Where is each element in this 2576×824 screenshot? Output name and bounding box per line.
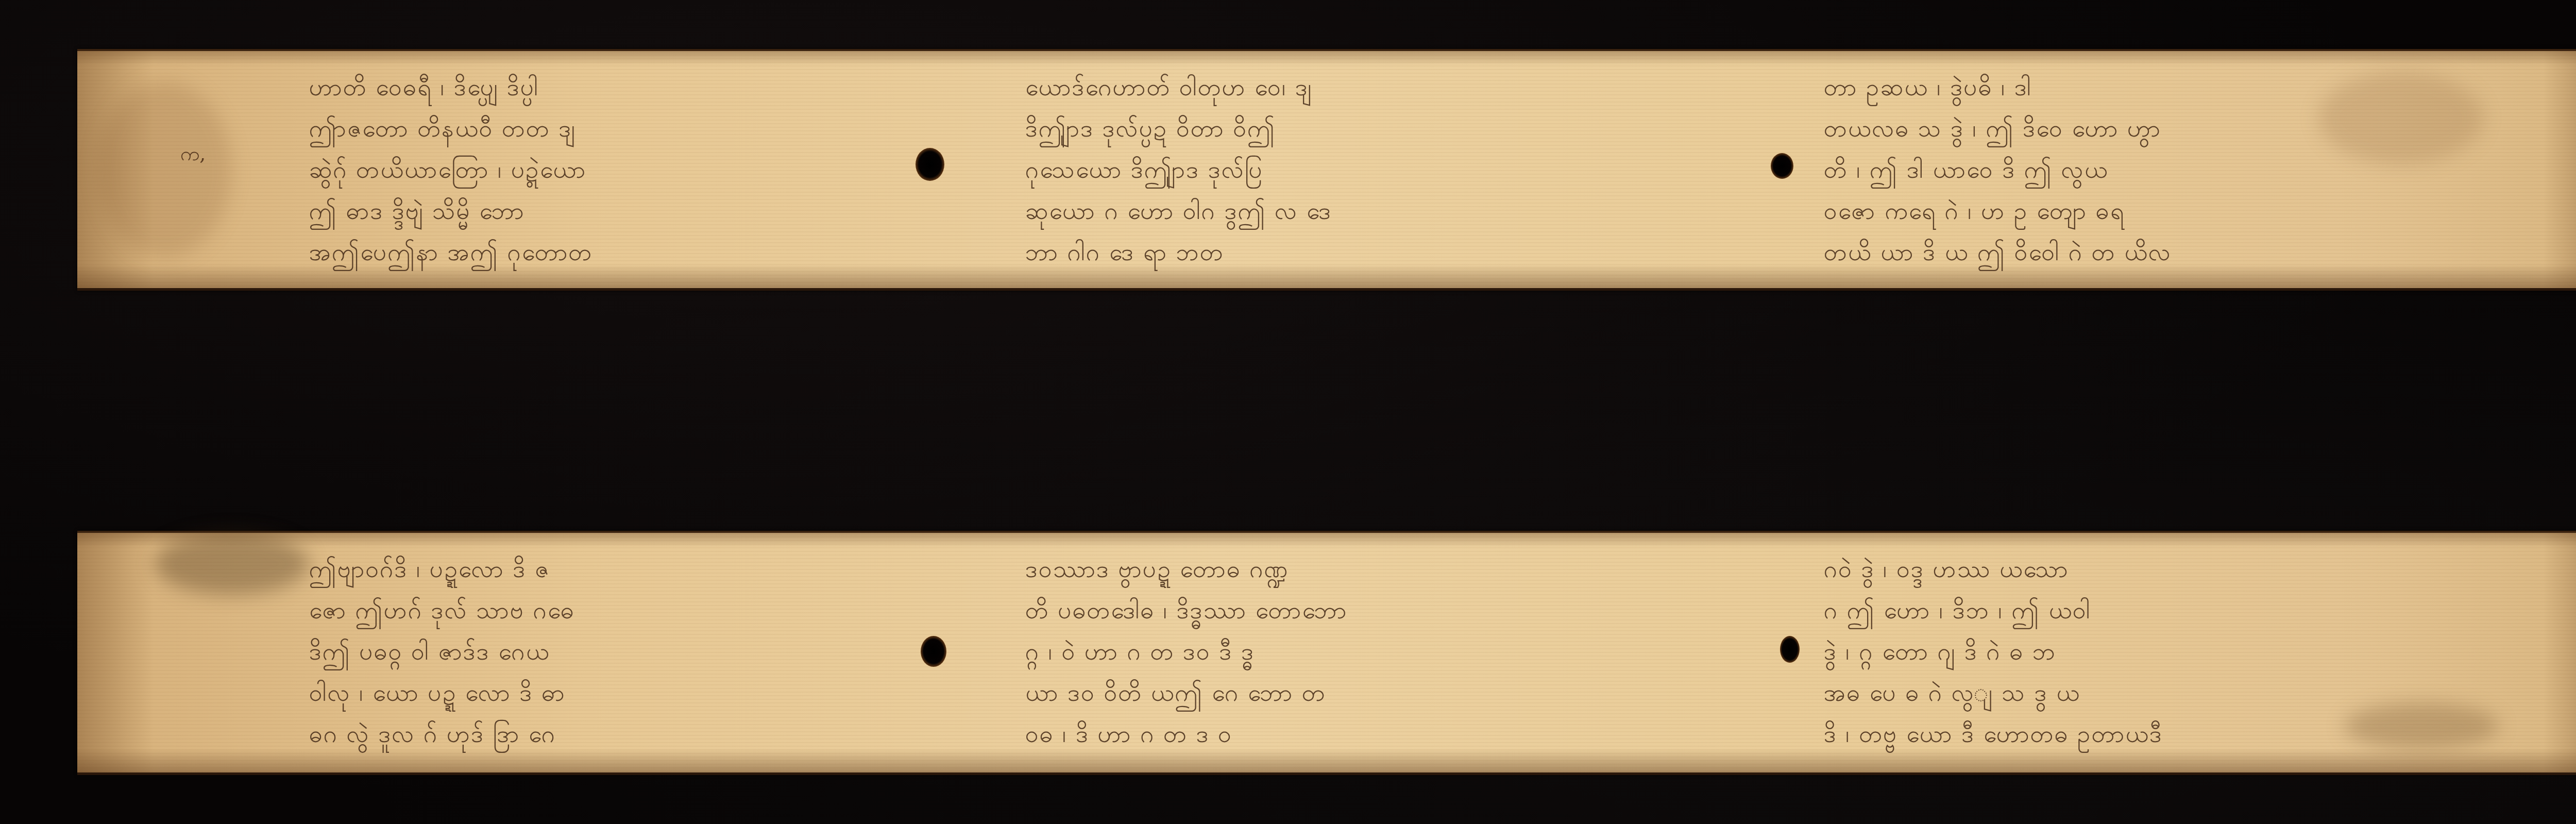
text-line: ဂဝဲ ဒွဲ ၊ ဝဒ္ဒ ဟဿ ယသော [1824, 548, 2391, 590]
text-line: ဒိဤ ပဓဝ္ဂ ဝါ ဇာဒ်ဒ ဂေယ [309, 631, 902, 672]
text-line: ဂုသေယော ဒိဤျာဒ ဒုလ်ပြ [1025, 149, 1747, 190]
text-line: တာ ဥဆယ ၊ ဒွဲပဓိ ၊ ဒါ [1824, 66, 2391, 108]
text-line: အဓ ပေ ဓ ဂဲ လွျ သ ဒွ ယ [1824, 672, 2391, 713]
text-line: ဆွဲဂ်ု တယိယာတြော ၊ ပဍွဲယော [309, 149, 902, 190]
text-block-left: ဤဗျာဝဂ်ဒိ ၊ ပဍ္ဍလော ဒိ ဇ ဇော ဤဟဂ် ဒုလ် သ… [309, 548, 902, 754]
binding-hole-right [1771, 153, 1793, 179]
leaf-stain [155, 533, 309, 595]
text-line: ဒဝဿာဒ ဗွာပဍ္ဍ တောဓ ဂဏ္ဍ [1025, 548, 1747, 590]
text-line: ဒိ ၊ တဗ္ဗ ယော ဒီ ဟောတဓ ဥတာယဒီ [1824, 713, 2391, 754]
text-line: ဝဓ ၊ ဒိ ဟာ ဂ တ ဒ ဝ [1025, 713, 1747, 754]
leaf-stain [98, 82, 232, 257]
text-line: ဤ ဓာဒ ဒ္ဒိဗျဲ သိမ္မိ ဘော [309, 190, 902, 231]
text-line: ဒွဲ ၊ ဂ္ဂ တော ဂျ ဒိ ဂဲ ဓ ဘ [1824, 631, 2391, 672]
text-block-right: ဂဝဲ ဒွဲ ၊ ဝဒ္ဒ ဟဿ ယသော ဂ ဤ ဟော ၊ ဒိဘ ၊ ဤ… [1824, 548, 2391, 754]
text-line: အဤပေဤနာ အဤ ဂုတောတ [309, 231, 902, 273]
text-block-middle: ယောဒ်ဂေဟာတ် ဝါတုဟ ဝေ၊ ဒျ ဒိဤျာဒ ဒုလ်ပ္ပဍ… [1025, 66, 1747, 273]
text-block-right: တာ ဥဆယ ၊ ဒွဲပဓိ ၊ ဒါ တယလဓ သ ဒွဲ ၊ ဤ ဒိဝေ… [1824, 66, 2391, 273]
text-line: ဂ ဤ ဟော ၊ ဒိဘ ၊ ဤ ယဝါ [1824, 590, 2391, 631]
palm-leaf-folio-2: ဤဗျာဝဂ်ဒိ ၊ ပဍ္ဍလော ဒိ ဇ ဇော ဤဟဂ် ဒုလ် သ… [77, 531, 2576, 775]
text-line: ဇော ဤဟဂ် ဒုလ် သာဗ ဂဓေ [309, 590, 902, 631]
text-line: ယာ ဒဝ ဝိတိ ယဤ ဂေ ဘော တ [1025, 672, 1747, 713]
text-line: ယောဒ်ဂေဟာတ် ဝါတုဟ ဝေ၊ ဒျ [1025, 66, 1747, 108]
palm-leaf-folio-1: က, ဟာတိ ဝေဓရီ ၊ ဒိပ္ပျေ ဒိပ္ပါ ဤာဇတော တိ… [77, 49, 2576, 291]
text-line: ဟာတိ ဝေဓရီ ၊ ဒိပ္ပျေ ဒိပ္ပါ [309, 66, 902, 108]
folio-marker: က, [180, 141, 206, 170]
text-block-left: ဟာတိ ဝေဓရီ ၊ ဒိပ္ပျေ ဒိပ္ပါ ဤာဇတော တိနယဝ… [309, 66, 902, 273]
text-line: တိ ၊ ဤ ဒါ ယာဝေ ဒိ ဤ လွယ [1824, 149, 2391, 190]
text-line: ဓဂ လွဲ ဒူလ ဂ် ဟုဒ် ဒြာ ဂေ [309, 713, 902, 754]
binding-hole-left [916, 148, 944, 181]
binding-hole-right [1780, 636, 1800, 663]
text-line: ဆုယော ဂ ဟော ဝါဂ ဒွဤ လ ဒေ [1025, 190, 1747, 231]
text-line: ဝဇော ကရေ ဂဲ ၊ ဟ ဥ တျော ဓရ [1824, 190, 2391, 231]
binding-hole-left [921, 636, 946, 667]
text-line: ဝါလု ၊ ယော ပဍ္ဍ လော ဒိ ဓာ [309, 672, 902, 713]
text-line: တယလဓ သ ဒွဲ ၊ ဤ ဒိဝေ ဟော ဟွာ [1824, 108, 2391, 149]
text-line: ဤာဇတော တိနယဝီ ဝာတ ဒျ [309, 108, 902, 149]
text-block-middle: ဒဝဿာဒ ဗွာပဍ္ဍ တောဓ ဂဏ္ဍ တိ ပဓတဒေါဓ ၊ ဒိဒ… [1025, 548, 1747, 754]
text-line: ဒိဤျာဒ ဒုလ်ပ္ပဍ ဝိတာ ဝိဤ [1025, 108, 1747, 149]
text-line: တယိ ယာ ဒိ ယ ဤ ဝိဝေါ ဂဲ တ ယိလ [1824, 231, 2391, 273]
text-line: တိ ပဓတဒေါဓ ၊ ဒိဒ္ဓဿာ တောဘော [1025, 590, 1747, 631]
text-line: ဤဗျာဝဂ်ဒိ ၊ ပဍ္ဍလော ဒိ ဇ [309, 548, 902, 590]
text-line: ဂ္ဂ ၊ ဝဲ ဟာ ဂ တ ဒဝ ဒီ ဒ္ဓ [1025, 631, 1747, 672]
text-line: ဘာ ဂါဂ ဒေ ရာ ဘတ [1025, 231, 1747, 273]
